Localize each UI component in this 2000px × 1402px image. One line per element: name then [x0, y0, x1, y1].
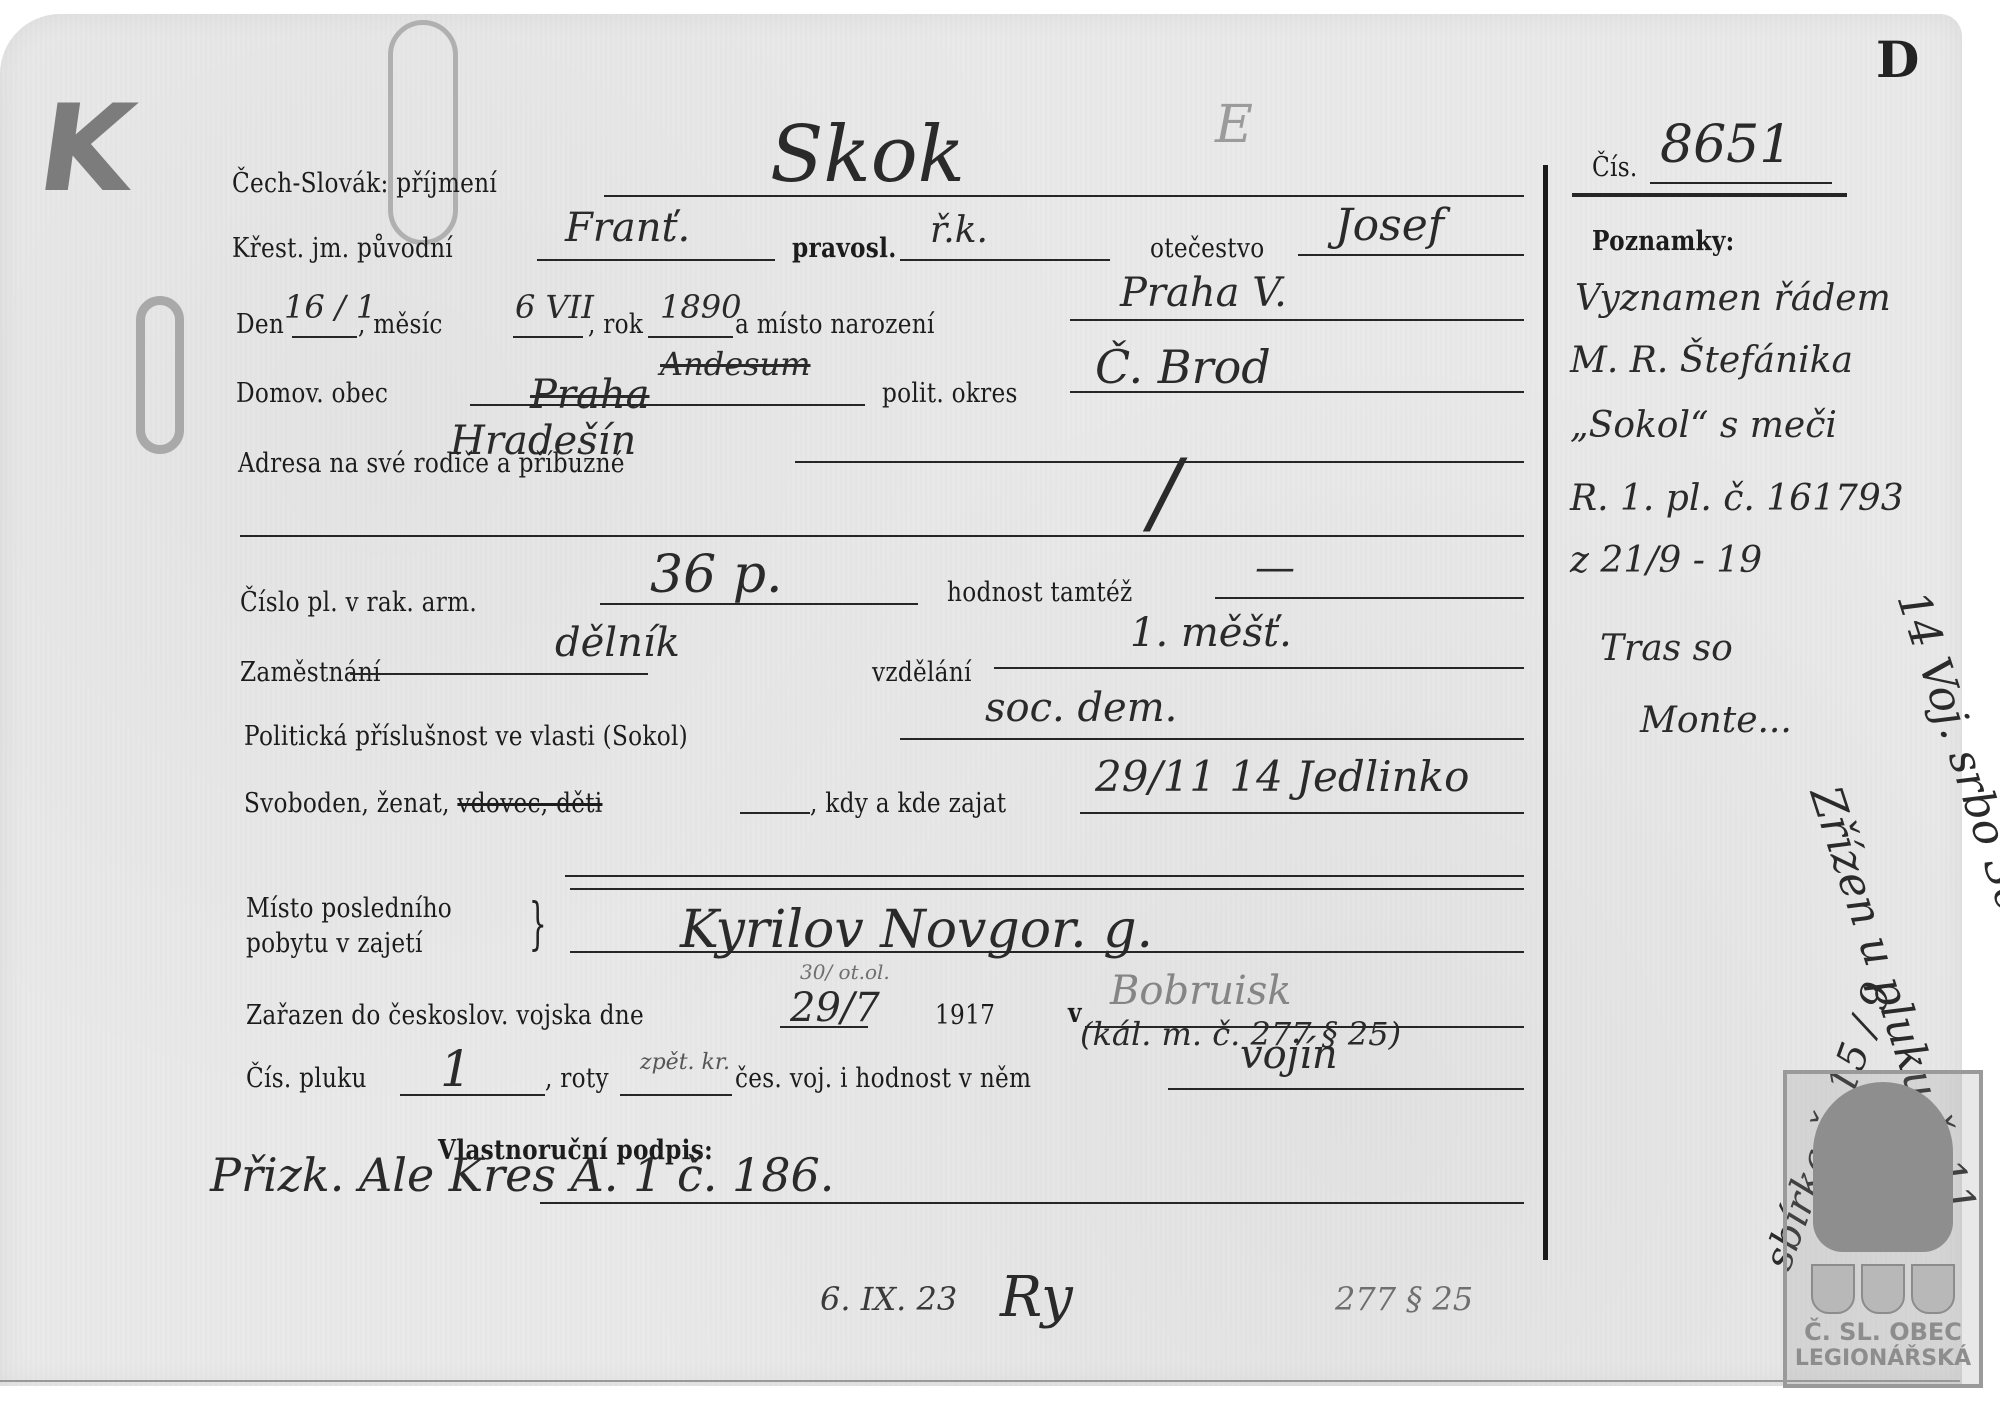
- pravosl-value: ř.k.: [930, 210, 988, 251]
- legion-logo: Č. SL. OBEC LEGIONÁŘSKÁ: [1783, 1070, 1983, 1388]
- kdy-kde-label: , kdy a kde zajat: [810, 788, 1006, 819]
- cis-line: [1650, 182, 1832, 184]
- corner-letter: D: [1876, 30, 1919, 89]
- logo-text-line-2: LEGIONÁŘSKÁ: [1787, 1346, 1979, 1371]
- domov-obec-label: Domov. obec: [236, 378, 388, 409]
- note-line-5: z 21/9 - 19: [1570, 540, 1762, 581]
- note-line-4: R. 1. pl. č. 161793: [1570, 478, 1904, 519]
- hodnost-line: [1215, 597, 1524, 599]
- pencil-mark-e: E: [1215, 95, 1253, 155]
- misto-pobytu-line-1: [570, 888, 1524, 890]
- note-line-1: Vyznamen řádem: [1575, 278, 1891, 319]
- pencil-letter-k: K: [30, 80, 143, 219]
- otcestvo-value: Josef: [1335, 200, 1444, 251]
- roty-label: , roty: [545, 1063, 609, 1094]
- vzdelani-line: [994, 667, 1524, 669]
- krestni-line: [537, 259, 775, 261]
- svoboden-line: [740, 812, 810, 814]
- polit-okres-value: Č. Brod: [1095, 340, 1271, 394]
- cis-label: Čís.: [1592, 152, 1638, 183]
- card-bottom-edge: [0, 1380, 1960, 1382]
- cis-pluku-line: [400, 1094, 545, 1096]
- surname-value: Skok: [770, 110, 965, 200]
- column-divider: [1543, 165, 1548, 1260]
- misto-pobytu-label-1: Místo posledního: [246, 893, 452, 924]
- hodnost-value: —: [1255, 545, 1295, 591]
- zarazen-year: 1917: [935, 1000, 995, 1031]
- cis-line-thick: [1572, 193, 1847, 197]
- rok-line: [648, 336, 733, 338]
- mesic-value: 6 VII: [515, 288, 594, 326]
- misto-pobytu-label-2: pobytu v zajetí: [246, 928, 423, 959]
- soldier-head-icon: [1813, 1082, 1953, 1252]
- podpis-value: Přizk. Ale Kres A. 1 č. 186.: [210, 1148, 834, 1202]
- ces-voj-label: čes. voj. i hodnost v něm: [735, 1063, 1031, 1094]
- zamestnani-line-2: [350, 673, 648, 675]
- roty-value: zpět. kr.: [640, 1050, 730, 1075]
- pencil-mark-loop: [388, 20, 458, 245]
- svoboden-label: Svoboden, ženat, vdovec, děti: [244, 788, 602, 819]
- otcestvo-line: [1298, 254, 1524, 256]
- pravosl-line: [900, 259, 1110, 261]
- vzdelani-value: 1. měšť.: [1130, 610, 1292, 656]
- footer-ref-number: 277 § 25: [1335, 1280, 1473, 1318]
- rok-label: , rok: [588, 309, 643, 340]
- krestni-label: Křest. jm. původní: [232, 233, 453, 264]
- den-line: [292, 336, 357, 338]
- den-label: Den: [236, 309, 284, 340]
- mesic-line: [513, 336, 583, 338]
- surname-label: Čech-Slovák: příjmení: [232, 168, 497, 199]
- pencil-mark-oval: [136, 296, 184, 454]
- adresa-label: Adresa na své rodiče a příbuzné: [238, 448, 625, 479]
- cislo-pl-label: Číslo pl. v rak. arm.: [240, 587, 477, 618]
- coat-of-arms-icon: [1811, 1264, 1955, 1314]
- vzdelani-label: vzdělání: [872, 657, 972, 688]
- misto-narozeni-line: [1070, 319, 1524, 321]
- ces-voj-line: [1168, 1088, 1524, 1090]
- note-line-7: Monte...: [1640, 700, 1792, 741]
- politicka-value: soc. dem.: [985, 685, 1177, 731]
- note-line-2: M. R. Štefánika: [1570, 340, 1853, 381]
- logo-text-line-1: Č. SL. OBEC: [1787, 1318, 1979, 1346]
- cislo-pl-value: 36 p.: [650, 545, 783, 605]
- zamestnani-value: dělník: [555, 620, 680, 666]
- ces-voj-value: vojín: [1240, 1032, 1338, 1078]
- politicka-label: Politická příslušnost ve vlasti (Sokol): [244, 721, 688, 752]
- brace: }: [529, 892, 547, 957]
- svoboden-struck-text: vdovec, děti: [457, 788, 602, 819]
- pravosl-label: pravosl.: [792, 233, 897, 264]
- poznamky-label: Poznamky:: [1592, 226, 1734, 257]
- podpis-line: [540, 1202, 1524, 1204]
- zarazen-value: 29/7: [790, 985, 880, 1031]
- zarazen-above: 30/ ot.ol.: [800, 960, 890, 984]
- zarazen-label: Zařazen do českoslov. vojska dne: [246, 1000, 644, 1031]
- misto-narozeni-value: Praha V.: [1120, 270, 1287, 316]
- mesic-label: , měsíc: [358, 309, 443, 340]
- domov-obec-struck-value-2: Praha: [530, 372, 650, 418]
- svoboden-text: Svoboden, ženat,: [244, 788, 457, 819]
- footer-date: 6. IX. 23: [820, 1280, 957, 1318]
- kdy-kde-line: [1080, 812, 1524, 814]
- surname-line: [604, 195, 1524, 197]
- cis-value: 8651: [1660, 115, 1792, 175]
- zajat-divider-line: [565, 875, 1524, 877]
- misto-pobytu-line-2: [570, 951, 1524, 953]
- adresa-value: /: [1150, 440, 1180, 545]
- zarazen-place: Bobruisk: [1110, 968, 1292, 1014]
- adresa-line-2: [240, 535, 1524, 537]
- politicka-line: [900, 738, 1524, 740]
- note-line-6: Tras so: [1600, 628, 1733, 669]
- otcestvo-label: otečestvo: [1150, 233, 1264, 264]
- domov-obec-struck-value: Andesum: [660, 345, 811, 383]
- roty-line: [620, 1094, 732, 1096]
- kdy-kde-value: 29/11 14 Jedlinko: [1095, 752, 1469, 801]
- polit-okres-label: polit. okres: [882, 378, 1018, 409]
- note-line-3: „Sokol“ s meči: [1570, 405, 1837, 446]
- rok-value: 1890: [660, 288, 741, 326]
- krestni-value: Franť.: [565, 205, 690, 251]
- cis-pluku-label: Čís. pluku: [246, 1063, 367, 1094]
- footer-initials: Ry: [1000, 1265, 1073, 1330]
- misto-narozeni-label: a místo narození: [735, 309, 935, 340]
- cis-pluku-value: 1: [440, 1040, 472, 1098]
- hodnost-label: hodnost tamtéž: [947, 577, 1132, 608]
